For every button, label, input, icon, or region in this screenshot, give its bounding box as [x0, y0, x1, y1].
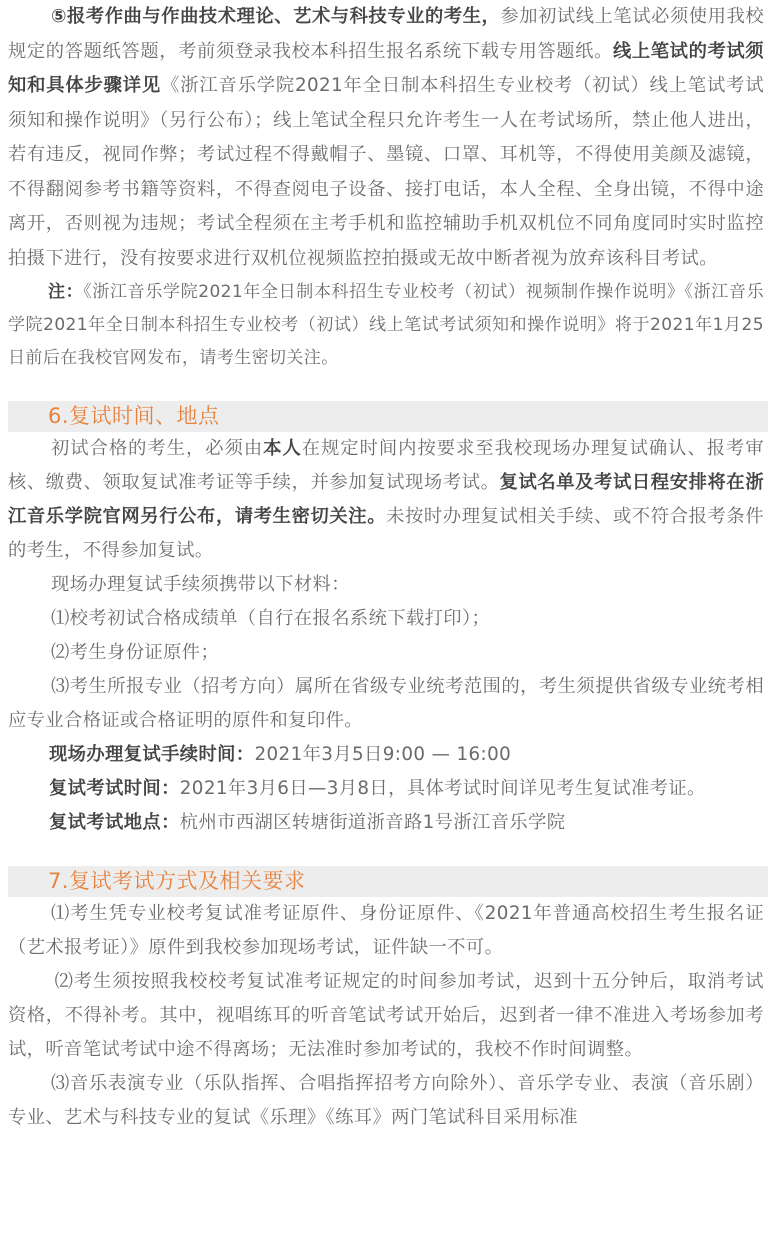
spacer — [8, 840, 764, 866]
article: ⑤报考作曲与作曲技术理论、艺术与科技专业的考生，参加初试线上笔试必须使用我校规定… — [0, 0, 777, 1135]
material-item-3: ⑶考生所报专业（招考方向）属所在省级专业统考范围的，考生须提供省级专业统考相应专… — [8, 670, 764, 738]
info-value: 杭州市西湖区转塘街道浙音路1号浙江音乐学院 — [180, 812, 566, 833]
info-row-exam-location: 复试考试地点：杭州市西湖区转塘街道浙音路1号浙江音乐学院 — [8, 806, 764, 840]
note-text: 《浙江音乐学院2021年全日制本科招生专业校考（初试）视频制作操作说明》《浙江音… — [8, 282, 764, 368]
intro-bold-1: 本人 — [263, 438, 302, 459]
note-paragraph: 注：《浙江音乐学院2021年全日制本科招生专业校考（初试）视频制作操作说明》《浙… — [8, 276, 764, 375]
info-label: 现场办理复试手续时间： — [49, 744, 255, 765]
section7-item-1: ⑴考生凭专业校考复试准考证原件、身份证原件、《2021年普通高校招生考生报名证（… — [8, 897, 764, 965]
spacer — [8, 375, 764, 401]
info-value: 2021年3月5日9:00 — 16:00 — [255, 744, 512, 765]
material-item-2: ⑵考生身份证原件； — [8, 636, 764, 670]
section-heading-6: 6.复试时间、地点 — [8, 401, 768, 432]
note-label: 注： — [48, 282, 83, 302]
info-row-exam-time: 复试考试时间：2021年3月6日—3月8日，具体考试时间详见考生复试准考证。 — [8, 772, 764, 806]
material-item-1: ⑴校考初试合格成绩单（自行在报名系统下载打印）； — [8, 602, 764, 636]
info-label: 复试考试地点： — [49, 812, 180, 833]
info-value: 2021年3月6日—3月8日，具体考试时间详见考生复试准考证。 — [180, 778, 706, 799]
section-heading-7: 7.复试考试方式及相关要求 — [8, 866, 768, 897]
item5-bold-lead: ⑤报考作曲与作曲技术理论、艺术与科技专业的考生， — [51, 6, 500, 27]
info-label: 复试考试时间： — [49, 778, 180, 799]
paragraph-item5: ⑤报考作曲与作曲技术理论、艺术与科技专业的考生，参加初试线上笔试必须使用我校规定… — [8, 0, 764, 276]
section6-intro: 初试合格的考生，必须由本人在规定时间内按要求至我校现场办理复试确认、报考审核、缴… — [8, 432, 764, 568]
section7-item-3: ⑶音乐表演专业（乐队指挥、合唱指挥招考方向除外）、音乐学专业、表演（音乐剧）专业… — [8, 1067, 764, 1135]
materials-intro: 现场办理复试手续须携带以下材料： — [8, 568, 764, 602]
item5-text-b: 《浙江音乐学院2021年全日制本科招生专业校考（初试）线上笔试考试须知和操作说明… — [8, 75, 764, 269]
intro-text-1: 初试合格的考生，必须由 — [51, 438, 263, 459]
section7-item-2: ⑵考生须按照我校校考复试准考证规定的时间参加考试，迟到十五分钟后，取消考试资格，… — [8, 965, 764, 1067]
info-row-registration-time: 现场办理复试手续时间：2021年3月5日9:00 — 16:00 — [8, 738, 764, 772]
